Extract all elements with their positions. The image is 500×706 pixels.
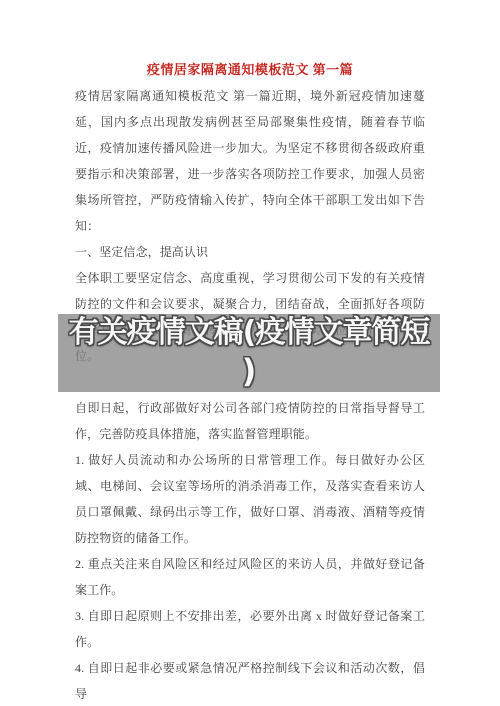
watermark-title-line2: ) <box>58 354 440 388</box>
watermark-overlay: 有关疫情文稿(疫情文章简短 ) <box>58 314 440 392</box>
list-item-1: 1. 做好人员流动和办公场所的日常管理工作。每日做好办公区域、电梯间、会议室等场… <box>75 447 425 551</box>
heading-section-1: 一、坚定信念，提高认识 <box>75 239 425 265</box>
paragraph-admin-duty: 自即日起，行政部做好对公司各部门疫情防控的日常指导督导工作，完善防疫具体措施，落… <box>75 395 425 447</box>
list-item-3: 3. 自即日起原则上不安排出差，必要外出离 x 时做好登记备案工作。 <box>75 603 425 655</box>
document-title: 疫情居家隔离通知模板范文 第一篇 <box>75 57 425 83</box>
list-item-2: 2. 重点关注来自风险区和经过风险区的来访人员，并做好登记备案工作。 <box>75 551 425 603</box>
paragraph-intro: 疫情居家隔离通知模板范文 第一篇近期，境外新冠疫情加速蔓延，国内多点出现散发病例… <box>75 83 425 239</box>
document-page: 疫情居家隔离通知模板范文 第一篇 疫情居家隔离通知模板范文 第一篇近期，境外新冠… <box>0 0 500 706</box>
watermark-text: 有关疫情文稿(疫情文章简短 ) <box>58 312 440 388</box>
list-item-4: 4. 自即日起非必要或紧急情况严格控制线下会议和活动次数，倡导 <box>75 655 425 706</box>
watermark-title-line1: 有关疫情文稿(疫情文章简短 <box>58 312 440 354</box>
